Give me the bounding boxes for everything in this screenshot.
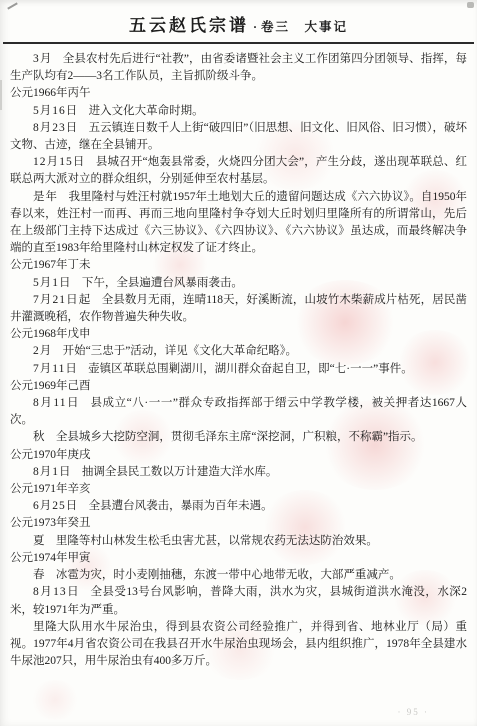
year-heading: 公元1966年丙午 — [10, 85, 467, 102]
entry-date: 12月15日 — [33, 156, 96, 168]
entry-paragraph: 7月11日壶镇区革联总围剿湖川，湖川群众奋起自卫，即“七·一一”事件。 — [10, 361, 467, 378]
entry-date: 是年 — [33, 191, 68, 203]
entry-paragraph: 8月23日五云镇连日数千人上街“破四旧”（旧思想、旧文化、旧风俗、旧习惯），破坏… — [10, 120, 467, 154]
entry-date: 5月1日 — [33, 277, 82, 289]
year-heading: 公元1974年甲寅 — [10, 550, 467, 567]
entry-paragraph: 春冰雹为灾，时小麦刚抽穗，东渡一带中心地带无收，大部严重减产。 — [10, 567, 467, 584]
entry-date: 5月16日 — [33, 105, 89, 117]
year-heading: 公元1968年戊申 — [10, 326, 467, 343]
entry-paragraph: 里隆大队用水牛尿治虫，得到县农资公司经验推广，并得到省、地林业厅（局）重视。19… — [10, 619, 467, 671]
entry-date: 7月11日 — [33, 363, 88, 375]
entry-date: 2月 — [33, 345, 63, 357]
book-title: 五云赵氏宗谱 — [129, 16, 249, 35]
entry-date: 秋 — [33, 431, 56, 443]
entry-paragraph: 8月1日抽调全县民工数以万计建造大洋水库。 — [10, 464, 467, 481]
entry-paragraph: 秋全县城乡大挖防空洞，贯彻毛泽东主席“深挖洞，广积粮，不称霸”指示。 — [10, 429, 467, 446]
entry-paragraph: 8月13日全县受13号台风影响，普降大雨，洪水为灾，县城街道洪水淹没，水深2米，… — [10, 584, 467, 618]
entry-date: 8月11日 — [33, 397, 90, 409]
year-heading: 公元1969年己酉 — [10, 378, 467, 395]
entry-date: 春 — [33, 569, 56, 581]
entry-paragraph: 夏里隆等村山林发生松毛虫害尤甚，以常规农药无法达防治效果。 — [10, 533, 467, 550]
entry-paragraph: 2月开始“三忠于”活动，详见《文化大革命纪略》。 — [10, 343, 467, 360]
page-header: 五云赵氏宗谱·卷三 大事记 — [0, 0, 477, 36]
year-heading: 公元1973年癸丑 — [10, 515, 467, 532]
entry-date: 3月 — [33, 53, 63, 65]
entry-paragraph: 3月全县农村先后进行“社教”，由省委诸暨社会主义工作团第四分团领导、指挥，每生产… — [10, 51, 467, 85]
entry-date: 夏 — [33, 535, 56, 547]
entry-date: 6月25日 — [33, 500, 89, 512]
entry-paragraph: 5月1日下午，全县遍遭台风暴雨袭击。 — [10, 275, 467, 292]
entry-date: 8月1日 — [33, 466, 82, 478]
entry-date: 8月13日 — [33, 586, 90, 598]
entry-paragraph: 6月25日全县遭台风袭击，暴雨为百年未遇。 — [10, 498, 467, 515]
entry-paragraph: 8月11日县成立“八·一一”群众专政指挥部于缙云中学教学楼，被关押者达1667人… — [10, 395, 467, 429]
entry-paragraph: 是年我里隆村与姓汪村就1957年土地划大丘的遗留问题达成《六六协议》。自1950… — [10, 189, 467, 258]
volume-section-title: 卷三 大事记 — [261, 20, 348, 34]
entry-paragraph: 5月16日进入文化大革命时期。 — [10, 103, 467, 120]
document-body: 3月全县农村先后进行“社教”，由省委诸暨社会主义工作团第四分团领导、指挥，每生产… — [0, 44, 477, 670]
entry-paragraph: 12月15日县城召开“炮轰县常委，火烧四分团大会”，产生分歧，遂出现革联总、红联… — [10, 154, 467, 188]
scan-stain — [30, 680, 80, 720]
entry-date: 8月23日 — [33, 122, 89, 134]
entry-date: 7月21日起 — [33, 294, 102, 306]
year-heading: 公元1967年丁未 — [10, 257, 467, 274]
year-heading: 公元1971年辛亥 — [10, 481, 467, 498]
page-number: · 95 · — [398, 707, 430, 717]
scanned-book-page: 五云赵氏宗谱·卷三 大事记 3月全县农村先后进行“社教”，由省委诸暨社会主义工作… — [0, 0, 477, 726]
title-separator-dot: · — [253, 20, 257, 34]
year-heading: 公元1970年庚戌 — [10, 447, 467, 464]
entry-paragraph: 7月21日起全县数月无雨，连晴118天，好溪断流，山坡竹木柴薪成片枯死，居民凿井… — [10, 292, 467, 326]
